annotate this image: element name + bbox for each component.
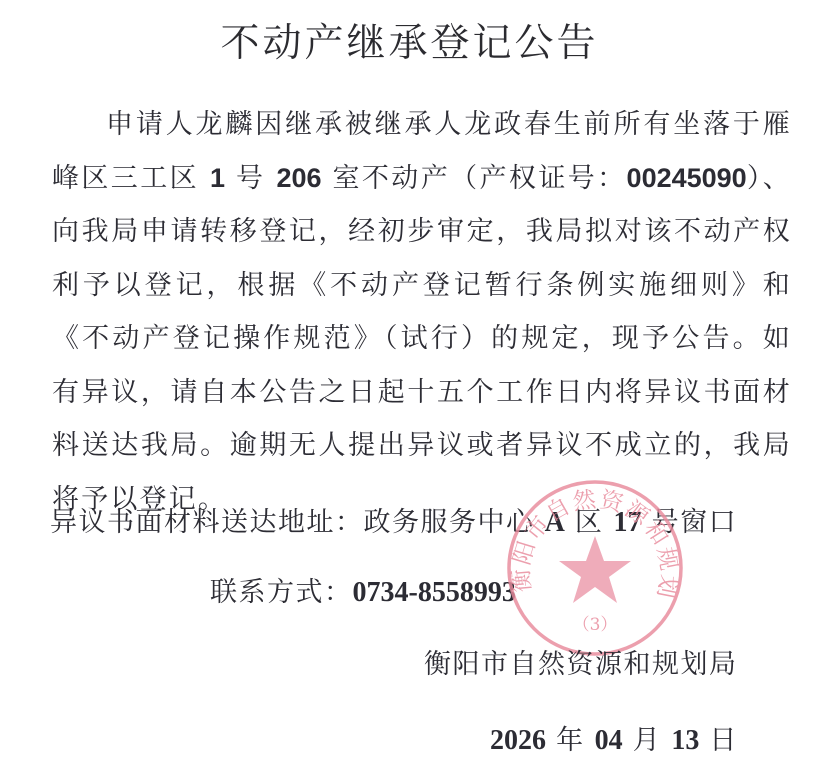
notice-body-paragraph: 申请人龙麟因继承被继承人龙政春生前所有坐落于雁峰区三工区 1 号 206 室不动… — [52, 98, 792, 526]
address-label: 异议书面材料送达地址： — [50, 507, 364, 538]
address-prefix: 政务服务中心 — [364, 507, 545, 538]
date-day-unit: 日 — [699, 725, 738, 756]
address-mid: 区 — [565, 507, 614, 538]
date-day: 13 — [671, 725, 699, 756]
star-icon — [559, 536, 631, 603]
date-year: 2026 — [490, 725, 546, 756]
address-suffix: 号窗口 — [642, 507, 738, 538]
room-number: 206 — [276, 163, 321, 193]
address-zone: A — [545, 507, 565, 538]
body-text-part4: ）、向我局申请转移登记，经初步审定，我局拟对该不动产权利予以登记，根据《不动产登… — [52, 163, 792, 515]
date-year-unit: 年 — [546, 725, 595, 756]
contact-phone: 0734-8558993 — [353, 577, 516, 608]
watermark-overlay: ​ — [20, 640, 33, 648]
issuing-authority: 衡阳市自然资源和规划局 — [424, 642, 738, 681]
body-text-part3: 室不动产（产权证号： — [322, 163, 627, 194]
date-month-unit: 月 — [623, 725, 672, 756]
building-number: 1 — [210, 163, 225, 193]
address-window-number: 17 — [614, 507, 642, 538]
notice-page: 不动产继承登记公告 申请人龙麟因继承被继承人龙政春生前所有坐落于雁峰区三工区 1… — [0, 0, 819, 770]
date-month: 04 — [595, 725, 623, 756]
objection-address: 异议书面材料送达地址：政务服务中心 A 区 17 号窗口 — [50, 500, 737, 539]
contact-info: 联系方式：0734-8558993 — [210, 570, 516, 609]
body-text-part2: 号 — [225, 163, 276, 194]
svg-text:（3）: （3） — [573, 615, 618, 635]
page-title: 不动产继承登记公告 — [0, 12, 819, 68]
certificate-number: 00245090 — [627, 163, 747, 193]
contact-label: 联系方式： — [210, 577, 353, 608]
issue-date: 2026 年 04 月 13 日 — [490, 718, 738, 757]
